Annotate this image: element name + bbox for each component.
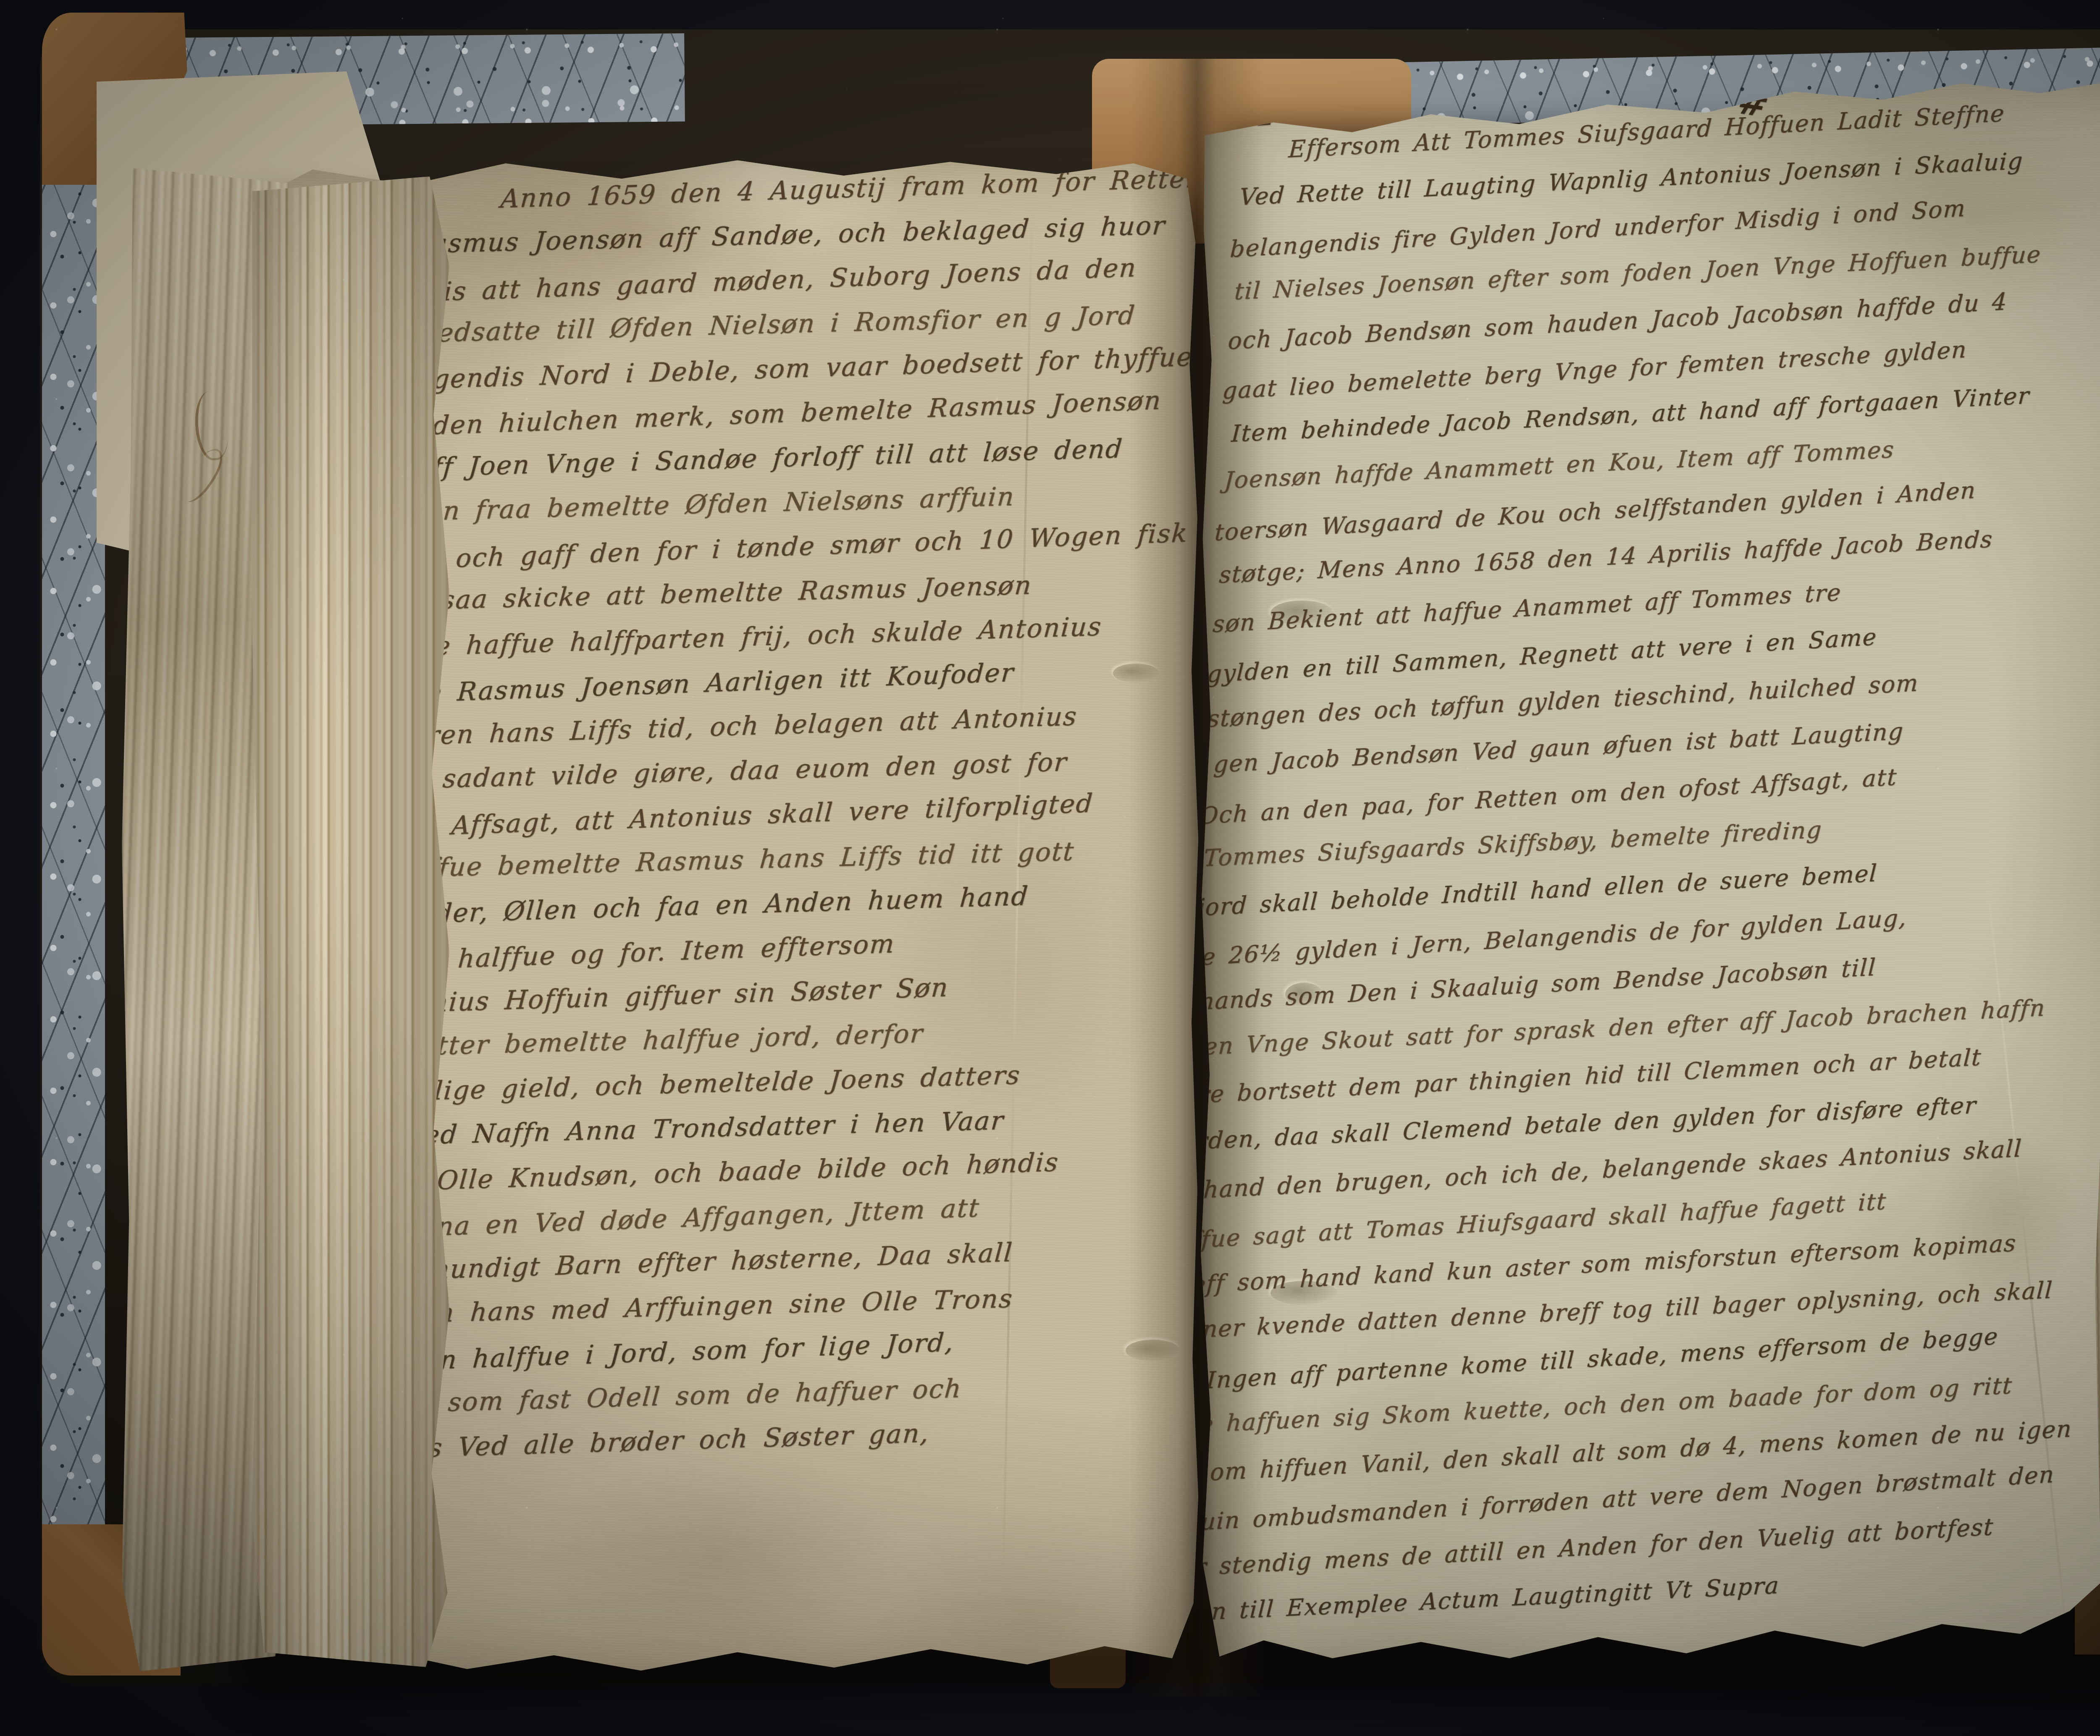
- manuscript-scan: Anno 1659 den 4 Augustij fram kom for Re…: [0, 0, 2100, 1736]
- page-right: 122 # Effersom Att Tommes Siufsgaard Hof…: [1195, 67, 2100, 1692]
- page-edge-stack-left: [252, 176, 449, 1667]
- marbled-cover-edge-left: [42, 147, 105, 1562]
- manuscript-text-left: Anno 1659 den 4 Augustij fram kom for Re…: [311, 163, 1230, 1526]
- manuscript-text-right: Effersom Att Tommes Siufsgaard Hoffuen L…: [1157, 91, 2100, 1650]
